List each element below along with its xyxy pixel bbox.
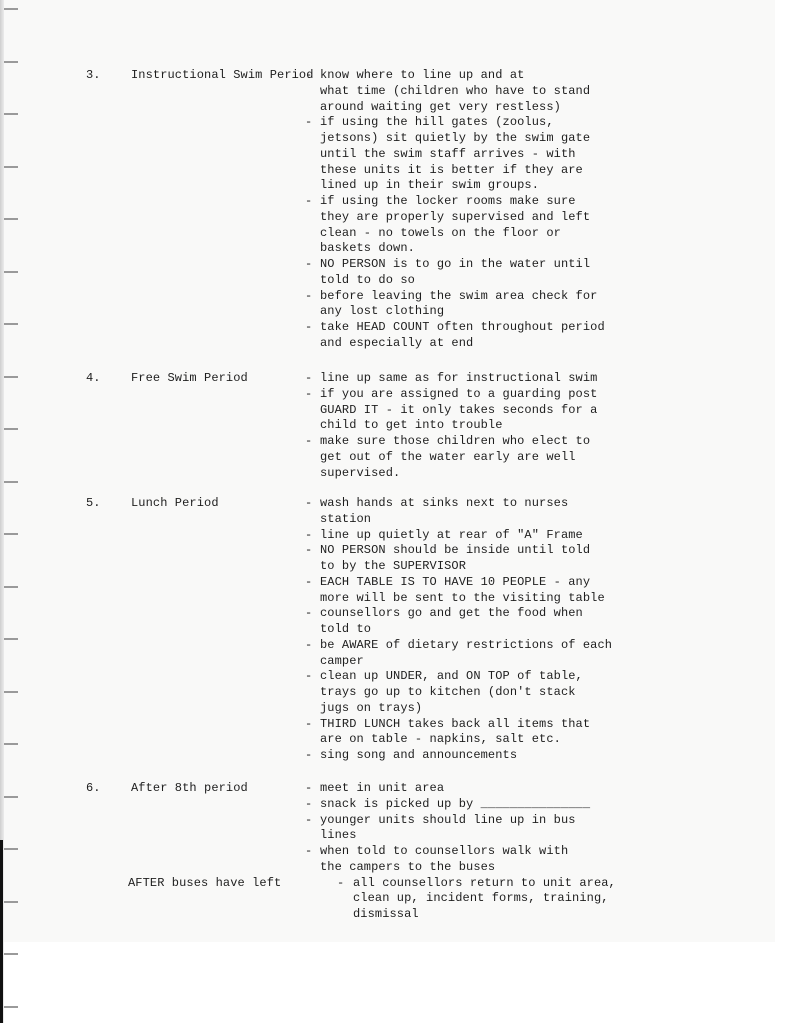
- section-title: After 8th period: [131, 780, 248, 796]
- bullet-continuation: station: [320, 511, 371, 527]
- bullet-dash: -: [305, 319, 312, 335]
- bullet-continuation: until the swim staff arrives - with: [320, 146, 576, 162]
- bullet-continuation: and especially at end: [320, 335, 473, 351]
- section-number: 3.: [86, 67, 101, 83]
- bullet-dash: -: [305, 716, 312, 732]
- bullet-continuation: jugs on trays): [320, 700, 422, 716]
- bullet-dash: -: [305, 542, 312, 558]
- bullet-dash: -: [305, 114, 312, 130]
- bullet-text: clean up UNDER, and ON TOP of table,: [320, 668, 583, 684]
- bullet-continuation: dismissal: [353, 906, 419, 922]
- bullet-text: make sure those children who elect to: [320, 433, 590, 449]
- bullet-text: THIRD LUNCH takes back all items that: [320, 716, 590, 732]
- section-title: Free Swim Period: [131, 370, 248, 386]
- bullet-dash: -: [305, 193, 312, 209]
- bullet-text: snack is picked up by _______________: [320, 796, 590, 812]
- bullet-continuation: are on table - napkins, salt etc.: [320, 731, 561, 747]
- bullet-dash: -: [305, 495, 312, 511]
- bullet-dash: -: [305, 256, 312, 272]
- bullet-dash: -: [305, 668, 312, 684]
- bullet-continuation: camper: [320, 653, 364, 669]
- section-number: 6.: [86, 780, 101, 796]
- bullet-text: EACH TABLE IS TO HAVE 10 PEOPLE - any: [320, 574, 590, 590]
- bullet-dash: -: [305, 370, 312, 386]
- bullet-continuation: any lost clothing: [320, 303, 444, 319]
- bullet-continuation: baskets down.: [320, 240, 415, 256]
- bullet-continuation: trays go up to kitchen (don't stack: [320, 684, 576, 700]
- bullet-dash: -: [305, 796, 312, 812]
- bullet-text: counsellors go and get the food when: [320, 605, 583, 621]
- bullet-text: NO PERSON should be inside until told: [320, 542, 590, 558]
- bullet-text: know where to line up and at: [320, 67, 524, 83]
- bullet-dash: -: [305, 747, 312, 763]
- bullet-continuation: get out of the water early are well: [320, 449, 576, 465]
- section-number: 4.: [86, 370, 101, 386]
- bullet-dash: -: [305, 527, 312, 543]
- bullet-continuation: told to do so: [320, 272, 415, 288]
- bullet-text: all counsellors return to unit area,: [353, 875, 616, 891]
- bullet-continuation: more will be sent to the visiting table: [320, 590, 605, 606]
- bullet-dash: -: [305, 67, 312, 83]
- bullet-dash: -: [305, 637, 312, 653]
- bullet-continuation: the campers to the buses: [320, 859, 495, 875]
- bullet-continuation: child to get into trouble: [320, 417, 503, 433]
- bullet-text: wash hands at sinks next to nurses: [320, 495, 568, 511]
- bullet-text: line up same as for instructional swim: [320, 370, 597, 386]
- section-title: Instructional Swim Period: [131, 67, 314, 83]
- bullet-continuation: told to: [320, 621, 371, 637]
- bullet-text: if using the hill gates (zoolus,: [320, 114, 554, 130]
- bullet-continuation: lined up in their swim groups.: [320, 177, 539, 193]
- bullet-continuation: around waiting get very restless): [320, 99, 561, 115]
- bullet-dash: -: [305, 843, 312, 859]
- bullet-text: if you are assigned to a guarding post: [320, 386, 597, 402]
- bullet-continuation: these units it is better if they are: [320, 162, 583, 178]
- section-number: 5.: [86, 495, 101, 511]
- bullet-dash: -: [305, 288, 312, 304]
- bullet-dash: -: [305, 780, 312, 796]
- bullet-text: sing song and announcements: [320, 747, 517, 763]
- bullet-continuation: clean up, incident forms, training,: [353, 890, 609, 906]
- bullet-text: when told to counsellors walk with: [320, 843, 568, 859]
- bullet-continuation: supervised.: [320, 465, 400, 481]
- bullet-text: take HEAD COUNT often throughout period: [320, 319, 605, 335]
- bullet-dash: -: [305, 574, 312, 590]
- bullet-continuation: clean - no towels on the floor or: [320, 225, 561, 241]
- bullet-text: before leaving the swim area check for: [320, 288, 597, 304]
- bullet-dash: -: [305, 605, 312, 621]
- bullet-text: younger units should line up in bus: [320, 812, 576, 828]
- after-buses-title: AFTER buses have left: [128, 875, 281, 891]
- bullet-text: NO PERSON is to go in the water until: [320, 256, 590, 272]
- document-page: 3.Instructional Swim Period-know where t…: [0, 0, 785, 1023]
- bullet-text: be AWARE of dietary restrictions of each: [320, 637, 612, 653]
- bullet-dash: -: [305, 812, 312, 828]
- bullet-continuation: jetsons) sit quietly by the swim gate: [320, 130, 590, 146]
- bullet-text: if using the locker rooms make sure: [320, 193, 576, 209]
- bullet-continuation: they are properly supervised and left: [320, 209, 590, 225]
- bullet-dash: -: [337, 875, 344, 891]
- bullet-text: line up quietly at rear of "A" Frame: [320, 527, 583, 543]
- bullet-dash: -: [305, 386, 312, 402]
- bullet-continuation: lines: [320, 827, 357, 843]
- bullet-continuation: GUARD IT - it only takes seconds for a: [320, 402, 597, 418]
- bullet-text: meet in unit area: [320, 780, 444, 796]
- section-title: Lunch Period: [131, 495, 219, 511]
- bullet-continuation: what time (children who have to stand: [320, 83, 590, 99]
- bullet-continuation: to by the SUPERVISOR: [320, 558, 466, 574]
- bullet-dash: -: [305, 433, 312, 449]
